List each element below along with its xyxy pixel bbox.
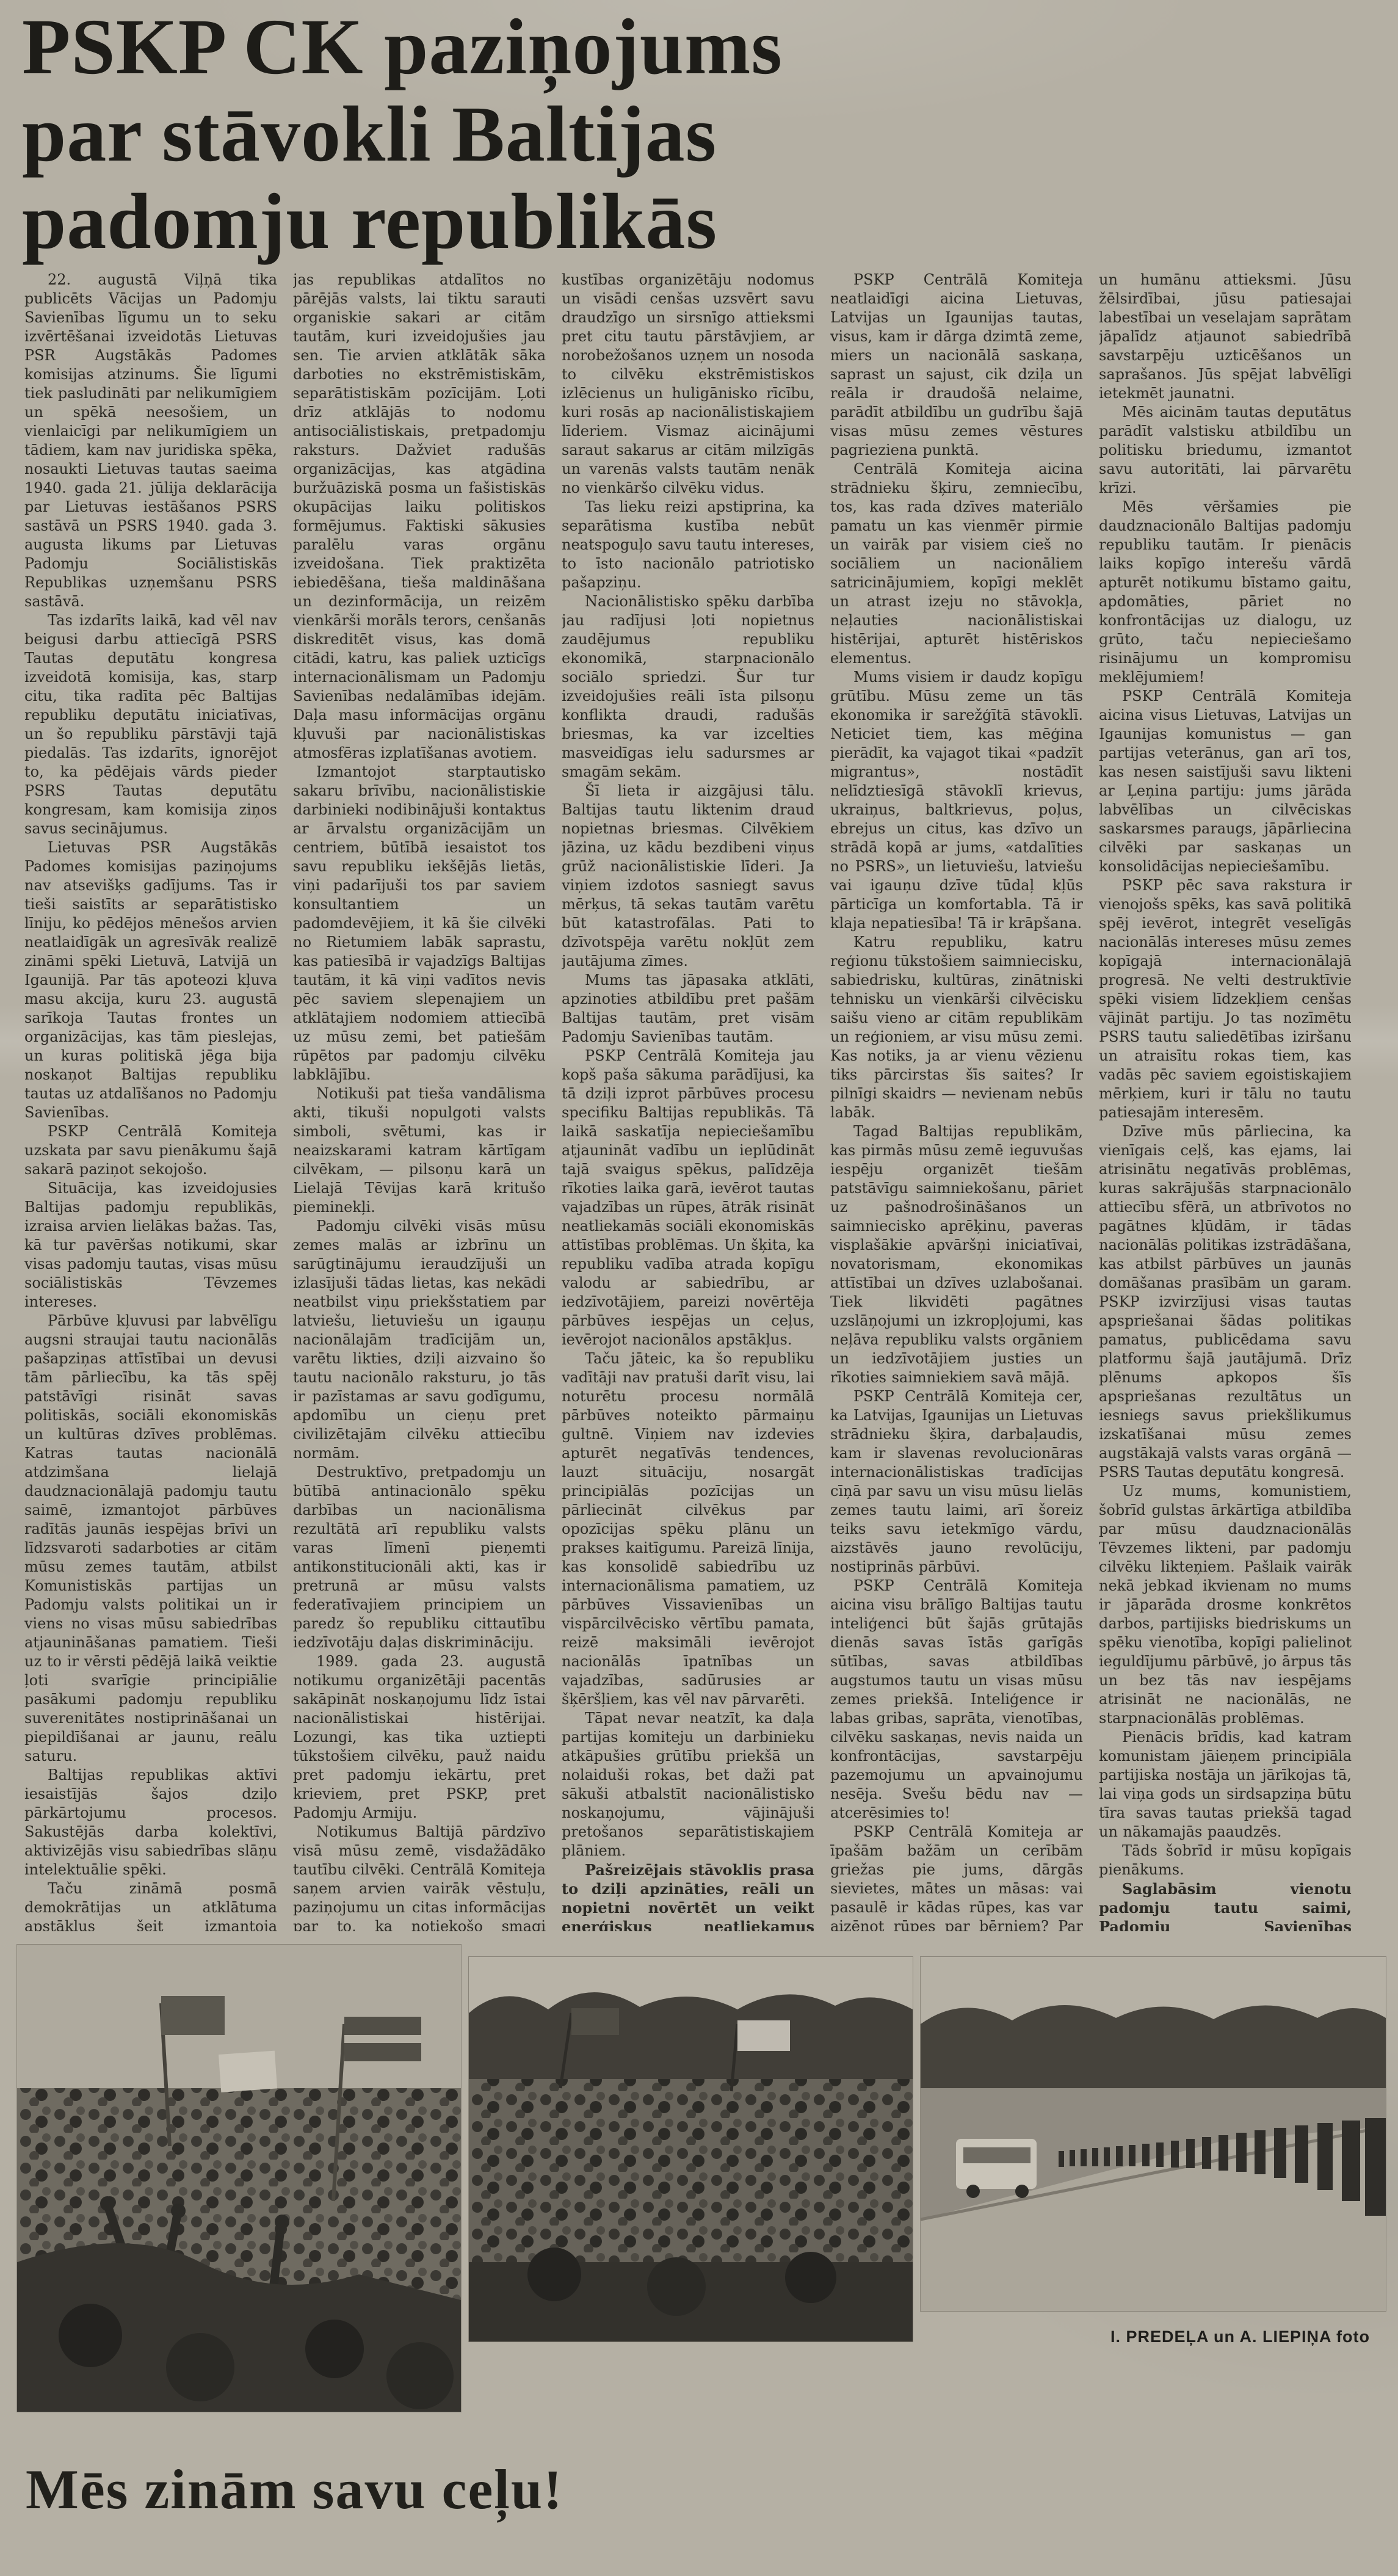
paragraph: Tas izdarīts laikā, kad vēl nav beigusi … bbox=[24, 611, 277, 838]
paragraph: PSKP Centrālā Komiteja aicina visus Liet… bbox=[1099, 687, 1352, 876]
paragraph: Katru republiku, katru reģionu tūkstošie… bbox=[830, 933, 1083, 1122]
article-headline: PSKP CK paziņojums par stāvokli Baltijas… bbox=[22, 4, 783, 266]
paragraph: PSKP Centrālā Komiteja uzskata par savu … bbox=[24, 1122, 277, 1179]
paragraph: PSKP Centrālā Komiteja jau kopš paša sāk… bbox=[562, 1047, 814, 1349]
photo-crowd bbox=[469, 1957, 913, 2342]
paragraph: PSKP Centrālā Komiteja cer, ka Latvijas,… bbox=[830, 1387, 1083, 1576]
paragraph: Situācija, kas izveidojusies Baltijas pa… bbox=[24, 1179, 277, 1312]
text-column-3: kustības organizētāju nodomus un visādi … bbox=[562, 270, 814, 1931]
text-column-5: un humānu attieksmi. Jūsu žēlsirdībai, j… bbox=[1099, 270, 1352, 1931]
paragraph: Mēs vēršamies pie daudznacionālo Baltija… bbox=[1099, 498, 1352, 687]
paragraph: Notikumus Baltijā pārdzīvo visā mūsu zem… bbox=[293, 1823, 546, 1931]
paragraph: Tāds šobrīd ir mūsu kopīgais pienākums. bbox=[1099, 1841, 1352, 1879]
paragraph: Destruktīvo, pretpadomju un būtībā antin… bbox=[293, 1463, 546, 1652]
text-column-1: 22. augustā Viļņā tika publicēts Vācijas… bbox=[24, 270, 277, 1931]
right-photo-block: I. PREDEĻA un A. LIEPIŅA foto bbox=[921, 1936, 1386, 2363]
paragraph: 22. augustā Viļņā tika publicēts Vācijas… bbox=[24, 270, 277, 611]
paragraph: Izmantojot starptautisko sakaru brīvību,… bbox=[293, 763, 546, 1084]
paragraph: Dzīve mūs pārliecina, ka vienīgais ceļš,… bbox=[1099, 1122, 1352, 1482]
photo-credit: I. PREDEĻA un A. LIEPIŅA foto bbox=[1110, 2327, 1370, 2346]
paragraph: Pašreizējais stāvoklis prasa to dziļi ap… bbox=[562, 1860, 814, 1931]
paragraph: Taču jāteic, ka šo republiku vadītāji na… bbox=[562, 1349, 814, 1709]
paragraph: Centrālā Komiteja aicina strādnieku šķir… bbox=[830, 460, 1083, 668]
headline-line: padomju republikās bbox=[22, 178, 783, 266]
paragraph: Baltijas republikas aktīvi iesaistījās š… bbox=[24, 1766, 277, 1879]
article-body: 22. augustā Viļņā tika publicēts Vācijas… bbox=[0, 270, 1398, 1931]
newspaper-page: PSKP CK paziņojums par stāvokli Baltijas… bbox=[0, 0, 1398, 2576]
paragraph: PSKP Centrālā Komiteja ar īpašām bažām u… bbox=[830, 1823, 1083, 1931]
paragraph: Mums visiem ir daudz kopīgu grūtību. Mūs… bbox=[830, 668, 1083, 933]
paragraph: kustības organizētāju nodomus un visādi … bbox=[562, 270, 814, 498]
text-column-2: jas republikas atdalītos no pārējās vals… bbox=[293, 270, 546, 1931]
paragraph: 1989. gada 23. augustā notikumu organizē… bbox=[293, 1652, 546, 1823]
paragraph: Tas lieku reizi apstiprina, ka separātis… bbox=[562, 498, 814, 592]
paragraph: Pārbūve kļuvusi par labvēlīgu augsni str… bbox=[24, 1312, 277, 1766]
paragraph: jas republikas atdalītos no pārējās vals… bbox=[293, 270, 546, 763]
paragraph: Uz mums, komunistiem, šobrīd gulstas ārk… bbox=[1099, 1482, 1352, 1728]
paragraph: Padomju cilvēki visās mūsu zemes malās a… bbox=[293, 1217, 546, 1463]
headline-line: PSKP CK paziņojums bbox=[22, 4, 783, 91]
paragraph: Šī lieta ir aizgājusi tālu. Baltijas tau… bbox=[562, 782, 814, 971]
paragraph: Saglabāsim vienotu padomju tautu saimi, … bbox=[1099, 1879, 1352, 1931]
bottom-headline: Mēs zinām savu ceļu! bbox=[26, 2456, 563, 2523]
paragraph: PSKP pēc sava rakstura ir vienojošs spēk… bbox=[1099, 876, 1352, 1122]
paragraph: un humānu attieksmi. Jūsu žēlsirdībai, j… bbox=[1099, 270, 1352, 403]
paragraph: Nacionālistisko spēku darbība jau radīju… bbox=[562, 592, 814, 782]
headline-line: par stāvokli Baltijas bbox=[22, 91, 783, 178]
paragraph: Notikuši pat tieša vandālisma akti, tiku… bbox=[293, 1084, 546, 1217]
paragraph: Mums tas jāpasaka atklāti, apzinoties at… bbox=[562, 971, 814, 1047]
paragraph: Pienācis brīdis, kad katram komunistam j… bbox=[1099, 1728, 1352, 1841]
paragraph: Lietuvas PSR Augstākās Padomes komisijas… bbox=[24, 838, 277, 1122]
text-column-4: PSKP Centrālā Komiteja neatlaidīgi aicin… bbox=[830, 270, 1083, 1931]
paragraph: PSKP Centrālā Komiteja neatlaidīgi aicin… bbox=[830, 270, 1083, 460]
paragraph: Taču zināmā posmā demokrātijas un atklāt… bbox=[24, 1879, 277, 1931]
paragraph: Tāpat nevar neatzīt, ka daļa partijas ko… bbox=[562, 1709, 814, 1860]
paragraph: Tagad Baltijas republikām, kas pirmās mū… bbox=[830, 1122, 1083, 1387]
photo-baltic-way-road bbox=[921, 1957, 1386, 2311]
photo-strip: I. PREDEĻA un A. LIEPIŅA foto bbox=[0, 1936, 1398, 2442]
photo-crowd-flags bbox=[17, 1945, 461, 2412]
paragraph: PSKP Centrālā Komiteja aicina visu brālī… bbox=[830, 1576, 1083, 1823]
paragraph: Mēs aicinām tautas deputātus parādīt val… bbox=[1099, 403, 1352, 498]
